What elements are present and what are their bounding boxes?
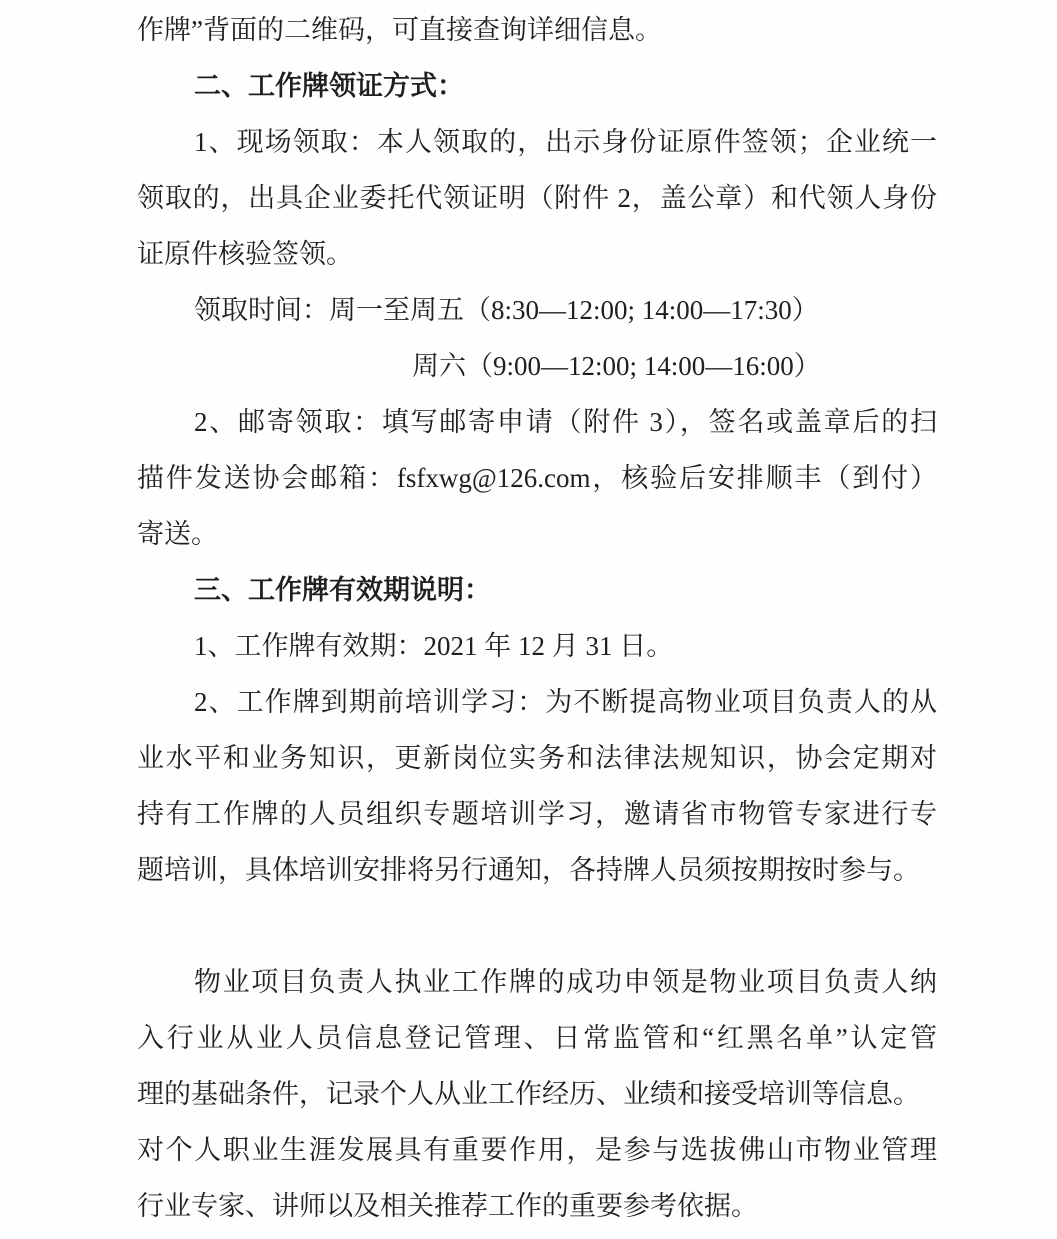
document-line: 2、邮寄领取：填写邮寄申请（附件 3），签名或盖章后的扫	[137, 394, 937, 450]
document-line: 领取的，出具企业委托代领证明（附件 2，盖公章）和代领人身份	[137, 170, 937, 226]
blank-line	[137, 898, 937, 954]
document-line: 1、现场领取：本人领取的，出示身份证原件签领；企业统一	[137, 114, 937, 170]
document-line: 持有工作牌的人员组织专题培训学习，邀请省市物管专家进行专	[137, 786, 937, 842]
document-line: 入行业从业人员信息登记管理、日常监管和“红黑名单”认定管	[137, 1010, 937, 1066]
document-line: 寄送。	[137, 506, 937, 562]
document-line: 对个人职业生涯发展具有重要作用，是参与选拔佛山市物业管理	[137, 1122, 937, 1178]
document-page: 作牌”背面的二维码，可直接查询详细信息。二、工作牌领证方式：1、现场领取：本人领…	[0, 0, 1057, 1239]
document-line: 证原件核验签领。	[137, 226, 937, 282]
document-line: 领取时间：周一至周五（8:30—12:00; 14:00—17:30）	[137, 282, 937, 338]
document-line: 周六（9:00—12:00; 14:00—16:00）	[137, 338, 937, 394]
document-body: 作牌”背面的二维码，可直接查询详细信息。二、工作牌领证方式：1、现场领取：本人领…	[137, 2, 937, 1234]
document-line: 1、工作牌有效期：2021 年 12 月 31 日。	[137, 618, 937, 674]
document-line: 行业专家、讲师以及相关推荐工作的重要参考依据。	[137, 1178, 937, 1234]
document-line: 业水平和业务知识，更新岗位实务和法律法规知识，协会定期对	[137, 730, 937, 786]
document-line: 题培训，具体培训安排将另行通知，各持牌人员须按期按时参与。	[137, 842, 937, 898]
document-line: 作牌”背面的二维码，可直接查询详细信息。	[137, 2, 937, 58]
document-line: 2、工作牌到期前培训学习：为不断提高物业项目负责人的从	[137, 674, 937, 730]
document-line: 描件发送协会邮箱：fsfxwg@126.com，核验后安排顺丰（到付）	[137, 450, 937, 506]
document-line: 二、工作牌领证方式：	[137, 58, 937, 114]
document-line: 三、工作牌有效期说明：	[137, 562, 937, 618]
document-line: 理的基础条件，记录个人从业工作经历、业绩和接受培训等信息。	[137, 1066, 937, 1122]
document-line: 物业项目负责人执业工作牌的成功申领是物业项目负责人纳	[137, 954, 937, 1010]
